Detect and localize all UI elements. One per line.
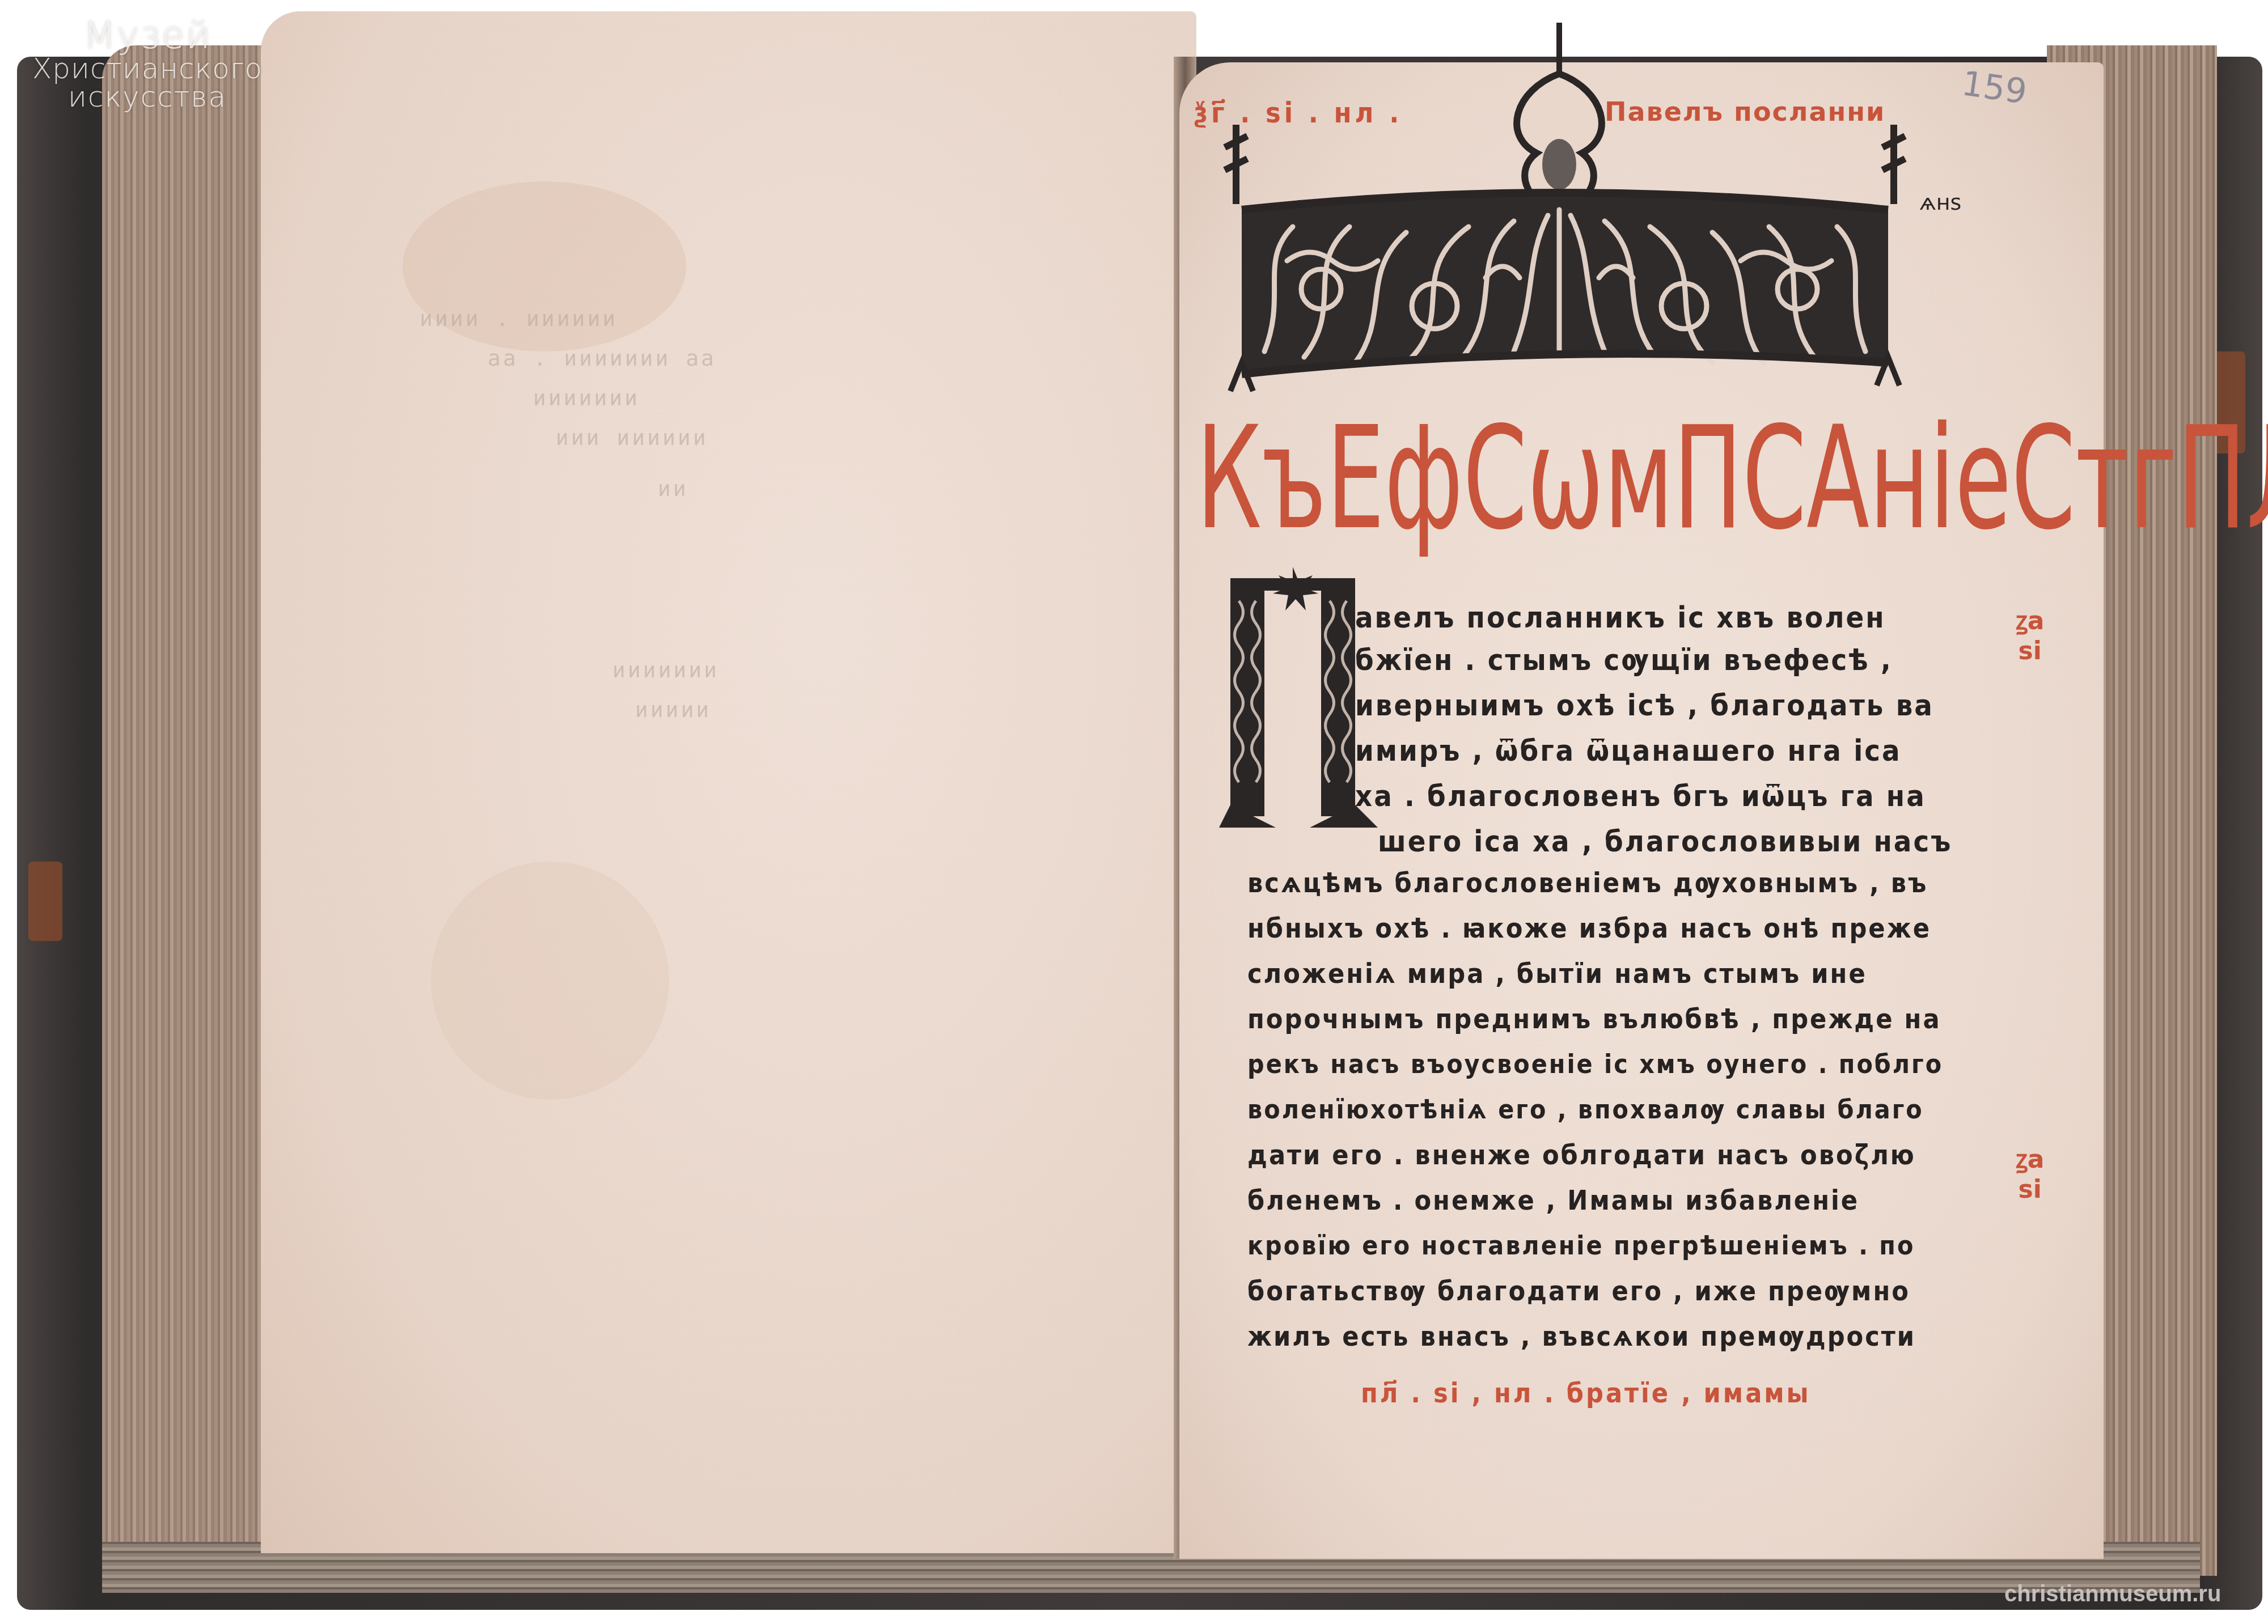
show-through-text: иииии	[635, 697, 711, 722]
title-letter: А	[1806, 408, 1869, 550]
title-letter: м	[1604, 408, 1673, 550]
epistle-title: К ъ Е ф С ѡ м П С А н і е С т г П Л А П …	[1196, 419, 1855, 550]
margin-note-line: ѕі	[2016, 637, 2044, 667]
title-letter: С	[1463, 408, 1527, 550]
decorated-initial-p-icon	[1219, 556, 1378, 839]
text-line: рекъ насъ въоусвоеніе іс хмъ оунего . по…	[1247, 1049, 1943, 1079]
title-letter: С	[1742, 408, 1806, 550]
text-line: бленемъ . онемже , Имамы избавленіе	[1247, 1185, 1859, 1216]
text-line: шего іса ха , благословивыи насъ	[1378, 825, 1952, 859]
text-line: кровїю его ноставленіе прегрѣшеніемъ . п…	[1247, 1230, 1915, 1261]
logo-line-1: Музей	[23, 17, 272, 54]
cover-wear	[28, 862, 62, 941]
museum-logo-watermark: Музей Христианского искусства	[23, 17, 272, 111]
margin-note-line: ꙁа	[2016, 1145, 2044, 1175]
text-line: сложеніѧ мира , бытїи намъ стымъ ине	[1247, 958, 1867, 990]
title-letter: Л	[2246, 408, 2268, 550]
title-letter: е	[1955, 408, 2012, 550]
text-line: богатьствѹ благодати его , иже преѹмно	[1247, 1275, 1910, 1307]
margin-note-line: ꙁа	[2016, 607, 2044, 637]
site-watermark: christianmuseum.ru	[2004, 1581, 2221, 1607]
text-line: жилъ есть внасъ , въвсѧкои премѹдрости	[1247, 1321, 1916, 1352]
title-letter: П	[2177, 408, 2246, 550]
logo-line-3: искусства	[23, 83, 272, 111]
title-letter: т	[2075, 408, 2129, 550]
title-letter: П	[1673, 408, 1742, 550]
title-letter: г	[2129, 408, 2177, 550]
text-line: иверныимъ охѣ ісѣ , благодать ва	[1355, 689, 1934, 723]
title-letter: і	[1930, 408, 1955, 550]
text-line: ха . благословенъ бгъ иѿцъ га на	[1355, 779, 1926, 813]
show-through-text: аа . иииииии аа	[488, 346, 716, 371]
title-letter: К	[1196, 408, 1262, 550]
title-letter: ъ	[1262, 408, 1326, 550]
text-line: бжїен . стымъ сѹщїи въефесѣ ,	[1355, 643, 1893, 677]
text-line: дати его . вненже облгодати насъ овоζлю	[1247, 1139, 1916, 1171]
headpiece-signature: ѧнѕ	[1919, 190, 1961, 215]
rubric-footer: пл҃ . ѕі , нл . братїе , имамы	[1361, 1377, 1811, 1409]
logo-line-2: Христианского	[23, 54, 272, 83]
water-stain	[431, 862, 669, 1100]
margin-note-1: ꙁа ѕі	[2016, 607, 2044, 667]
title-letter: Е	[1326, 408, 1384, 550]
show-through-text: ии	[658, 476, 688, 501]
show-through-text: ииии . ииииии	[420, 306, 617, 331]
show-through-text: иииииии	[533, 385, 640, 410]
text-line: авелъ посланникъ іс хвъ волен	[1355, 601, 1886, 635]
text-line: порочнымъ преднимъ вълюбвѣ , прежде на	[1247, 1003, 1941, 1035]
text-line: всѧцѣмъ благословеніемъ дѹховнымъ , въ	[1247, 867, 1928, 899]
text-line: нбныхъ охѣ . ꙗкоже избра насъ онѣ преже	[1247, 913, 1931, 944]
show-through-text: иииииии	[612, 658, 719, 682]
text-line: воленїюхотѣніѧ его , впохвалѹ славы благ…	[1247, 1094, 1924, 1125]
show-through-text: иии ииииии	[556, 425, 708, 450]
title-letter: С	[2011, 408, 2075, 550]
title-letter: ф	[1385, 408, 1463, 550]
title-letter: н	[1869, 408, 1930, 550]
title-letter: ѡ	[1527, 408, 1604, 550]
left-page: ииии . ииииии аа . иииииии аа иииииии ии…	[261, 11, 1196, 1553]
text-line: имиръ , ѿбга ѿцанашего нга іса	[1355, 734, 1901, 768]
margin-note-2: ꙁа ѕі	[2016, 1145, 2044, 1205]
margin-note-line: ѕі	[2016, 1175, 2044, 1205]
ornamental-headpiece-icon	[1219, 23, 1911, 397]
